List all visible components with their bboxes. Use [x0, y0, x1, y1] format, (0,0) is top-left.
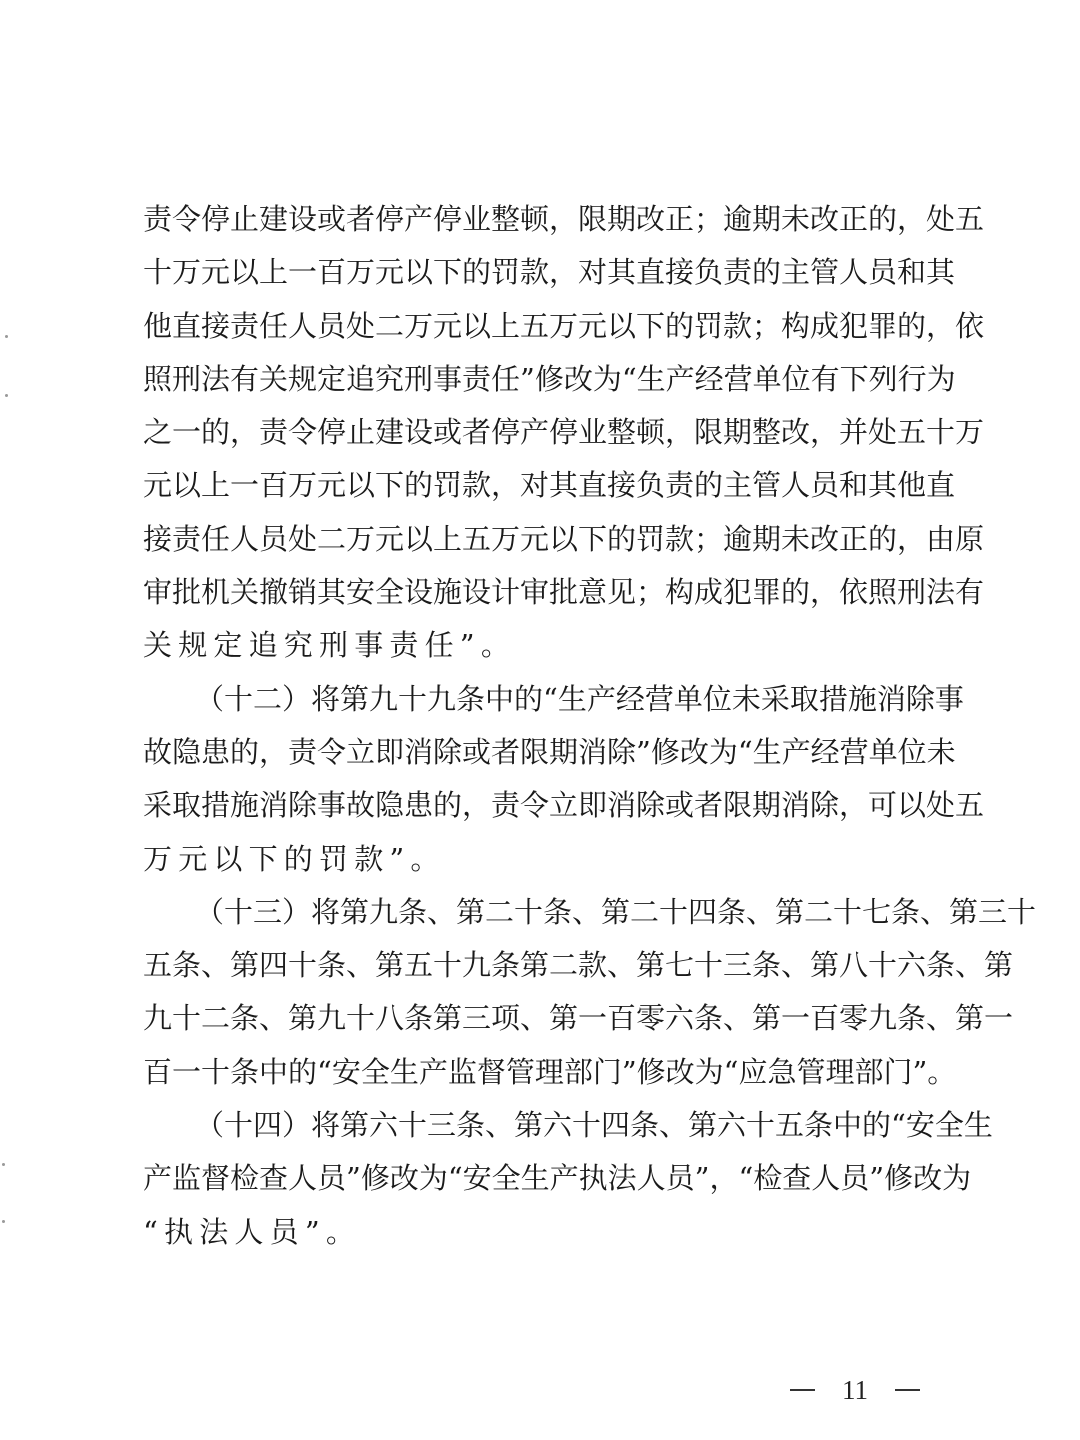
page-number: 11 — [842, 1375, 868, 1406]
binding-hole-mark — [5, 394, 8, 397]
footer-dash-left — [790, 1389, 815, 1391]
text-line: 百一十条中的“安全生产监督管理部门”修改为“应急管理部门”。 — [143, 1046, 935, 1099]
text-line: 接责任人员处二万元以上五万元以下的罚款；逾期未改正的，由原 — [143, 513, 935, 566]
paragraph-continuation: 责令停止建设或者停产停业整顿，限期改正；逾期未改正的，处五 十万元以上一百万元以… — [143, 193, 935, 673]
text-line: 他直接责任人员处二万元以上五万元以下的罚款；构成犯罪的，依 — [143, 300, 935, 353]
text-line: 之一的，责令停止建设或者停产停业整顿，限期整改，并处五十万 — [143, 406, 935, 459]
binding-hole-mark — [2, 1220, 5, 1223]
text-line: 采取措施消除事故隐患的，责令立即消除或者限期消除，可以处五 — [143, 779, 935, 832]
text-line: 十万元以上一百万元以下的罚款，对其直接负责的主管人员和其 — [143, 246, 935, 299]
text-line: （十三）将第九条、第二十条、第二十四条、第二十七条、第三十 — [143, 886, 935, 939]
page-footer: 11 — [790, 1375, 920, 1405]
binding-hole-mark — [5, 335, 8, 338]
text-line: 九十二条、第九十八条第三项、第一百零六条、第一百零九条、第一 — [143, 992, 935, 1045]
text-line: （十四）将第六十三条、第六十四条、第六十五条中的“安全生 — [143, 1099, 935, 1152]
text-line: 审批机关撤销其安全设施设计审批意见；构成犯罪的，依照刑法有 — [143, 566, 935, 619]
document-body: 责令停止建设或者停产停业整顿，限期改正；逾期未改正的，处五 十万元以上一百万元以… — [143, 193, 935, 1259]
binding-hole-mark — [2, 1163, 5, 1166]
text-line: （十二）将第九十九条中的“生产经营单位未采取措施消除事 — [143, 673, 935, 726]
text-line: 故隐患的，责令立即消除或者限期消除”修改为“生产经营单位未 — [143, 726, 935, 779]
text-line: 关规定追究刑事责任”。 — [143, 619, 935, 672]
text-line: 元以上一百万元以下的罚款，对其直接负责的主管人员和其他直 — [143, 459, 935, 512]
paragraph-item-14: （十四）将第六十三条、第六十四条、第六十五条中的“安全生 产监督检查人员”修改为… — [143, 1099, 935, 1259]
text-line: 五条、第四十条、第五十九条第二款、第七十三条、第八十六条、第 — [143, 939, 935, 992]
text-line: 万元以下的罚款”。 — [143, 833, 935, 886]
text-line: 责令停止建设或者停产停业整顿，限期改正；逾期未改正的，处五 — [143, 193, 935, 246]
text-line: 产监督检查人员”修改为“安全生产执法人员”，“检查人员”修改为 — [143, 1152, 935, 1205]
document-page: 责令停止建设或者停产停业整顿，限期改正；逾期未改正的，处五 十万元以上一百万元以… — [0, 0, 1080, 1440]
paragraph-item-12: （十二）将第九十九条中的“生产经营单位未采取措施消除事 故隐患的，责令立即消除或… — [143, 673, 935, 886]
footer-dash-right — [895, 1389, 920, 1391]
text-line: “执法人员”。 — [143, 1206, 935, 1259]
text-line: 照刑法有关规定追究刑事责任”修改为“生产经营单位有下列行为 — [143, 353, 935, 406]
paragraph-item-13: （十三）将第九条、第二十条、第二十四条、第二十七条、第三十 五条、第四十条、第五… — [143, 886, 935, 1099]
